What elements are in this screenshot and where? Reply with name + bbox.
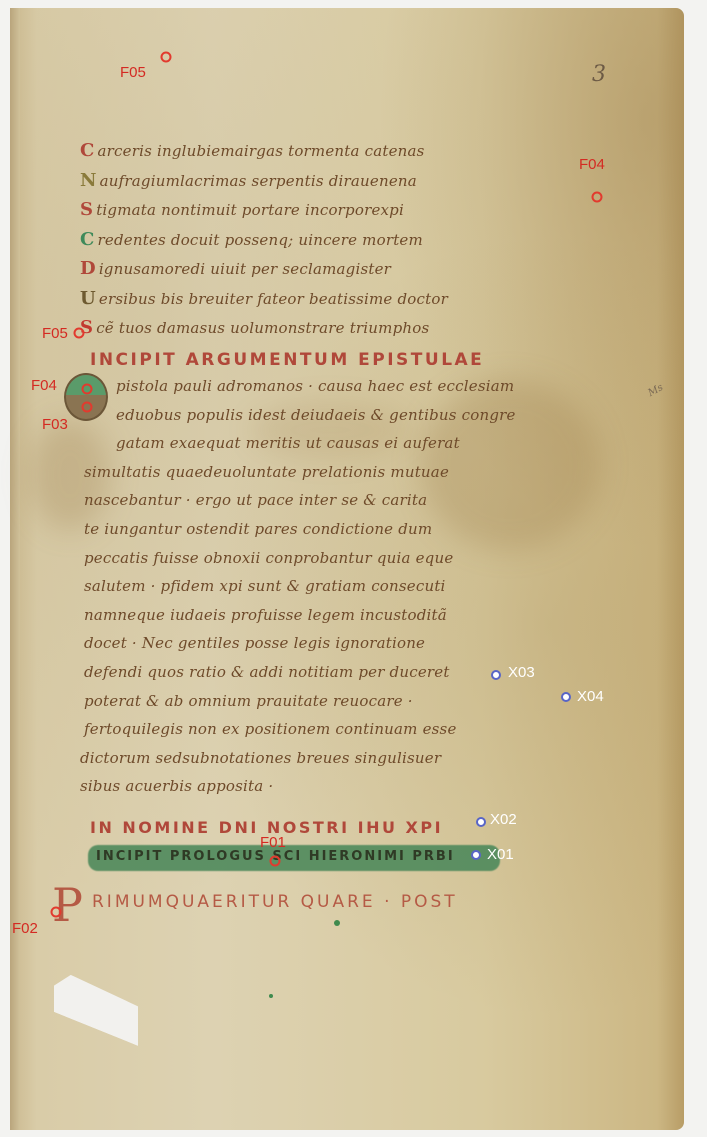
marker-f02-circle-icon[interactable] [51, 907, 62, 918]
verse-initial: N [80, 170, 97, 191]
verse-text: redentes docuit possenq; uincere mortem [98, 231, 423, 249]
text-line: simultatis quaedeuoluntate prelationis m… [84, 463, 449, 481]
text-line: sibus acuerbis apposita · [80, 777, 273, 795]
marker-label: F01 [260, 834, 286, 851]
verse-text: aufragiumlacrimas serpentis dirauenena [100, 172, 417, 190]
text-line: nascebantur · ergo ut pace inter se & ca… [84, 491, 427, 509]
verse-line: Scẽ tuos damasus uolumonstrare triumphos [80, 317, 429, 338]
text-line: pistola pauli adromanos · causa haec est… [116, 377, 514, 395]
marker-x01-point-icon[interactable] [471, 850, 481, 860]
verse-initial: D [80, 258, 96, 279]
text-line: fertoquilegis non ex positionem continua… [84, 720, 457, 738]
marker-label: F04 [31, 377, 57, 394]
page-gutter [10, 8, 20, 1130]
verse-text: cẽ tuos damasus uolumonstrare triumphos [96, 319, 429, 337]
marker-f04-circle-icon[interactable] [82, 384, 93, 395]
text-line: te iungantur ostendit pares condictione … [84, 520, 432, 538]
verse-line: Uersibus bis breuiter fateor beatissime … [80, 288, 448, 309]
verse-line: Stigmata nontimuit portare incorporexpi [80, 199, 404, 220]
marker-label: X01 [487, 846, 514, 863]
verse-initial: C [80, 229, 95, 250]
marker-f05-circle-icon[interactable] [161, 52, 172, 63]
verse-text: arceris inglubiemairgas tormenta catenas [98, 142, 425, 160]
text-line: poterat & ab omnium prauitate reuocare · [84, 692, 413, 710]
verse-line: Dignusamoredi uiuit per seclamagister [80, 258, 391, 279]
ink-dot [334, 920, 340, 926]
decorated-initial-p: P [52, 878, 83, 932]
folio-number: 3 [592, 62, 606, 87]
marker-f03-circle-icon[interactable] [82, 402, 93, 413]
primum-quaeritur-line: RIMUMQUAERITUR QUARE · POST [92, 892, 458, 912]
text-line: gatam exaequat meritis ut causas ei aufe… [116, 434, 460, 452]
verse-initial: U [80, 288, 96, 309]
marker-label: F03 [42, 416, 68, 433]
marker-x02-point-icon[interactable] [476, 817, 486, 827]
text-line: dictorum sedsubnotationes breues singuli… [80, 749, 441, 767]
marker-f04-circle-icon[interactable] [592, 192, 603, 203]
verse-line: Naufragiumlacrimas serpentis dirauenena [80, 170, 417, 191]
verse-line: Credentes docuit possenq; uincere mortem [80, 229, 423, 250]
text-line: salutem · pfidem xpi sunt & gratiam cons… [84, 577, 446, 595]
marker-x03-point-icon[interactable] [491, 670, 501, 680]
marker-label: F04 [579, 156, 605, 173]
marker-label: X04 [577, 688, 604, 705]
text-line: eduobus populis idest deiudaeis & gentib… [116, 406, 516, 424]
marker-label: F05 [120, 64, 146, 81]
marker-label: F02 [12, 920, 38, 937]
marker-x04-point-icon[interactable] [561, 692, 571, 702]
text-line: peccatis fuisse obnoxii conprobantur qui… [84, 549, 453, 567]
verse-text: ersibus bis breuiter fateor beatissime d… [99, 290, 448, 308]
marker-label: X02 [490, 811, 517, 828]
ink-dot [269, 994, 273, 998]
verse-initial: S [80, 199, 93, 220]
marker-f01-circle-icon[interactable] [270, 856, 281, 867]
text-line: defendi quos ratio & addi notitiam per d… [84, 663, 450, 681]
rubric-incipit-argumentum: INCIPIT ARGUMENTUM EPISTULAE [90, 350, 484, 370]
text-line: namneque iudaeis profuisse legem incusto… [84, 606, 447, 624]
marker-f05-circle-icon[interactable] [74, 328, 85, 339]
text-line: docet · Nec gentiles posse legis ignorat… [84, 634, 425, 652]
marker-label: X03 [508, 664, 535, 681]
verse-text: ignusamoredi uiuit per seclamagister [99, 260, 391, 278]
verse-line: Carceris inglubiemairgas tormenta catena… [80, 140, 425, 161]
marker-label: F05 [42, 325, 68, 342]
decorated-initial-e [64, 373, 108, 421]
verse-text: tigmata nontimuit portare incorporexpi [96, 201, 404, 219]
verse-initial: C [80, 140, 95, 161]
